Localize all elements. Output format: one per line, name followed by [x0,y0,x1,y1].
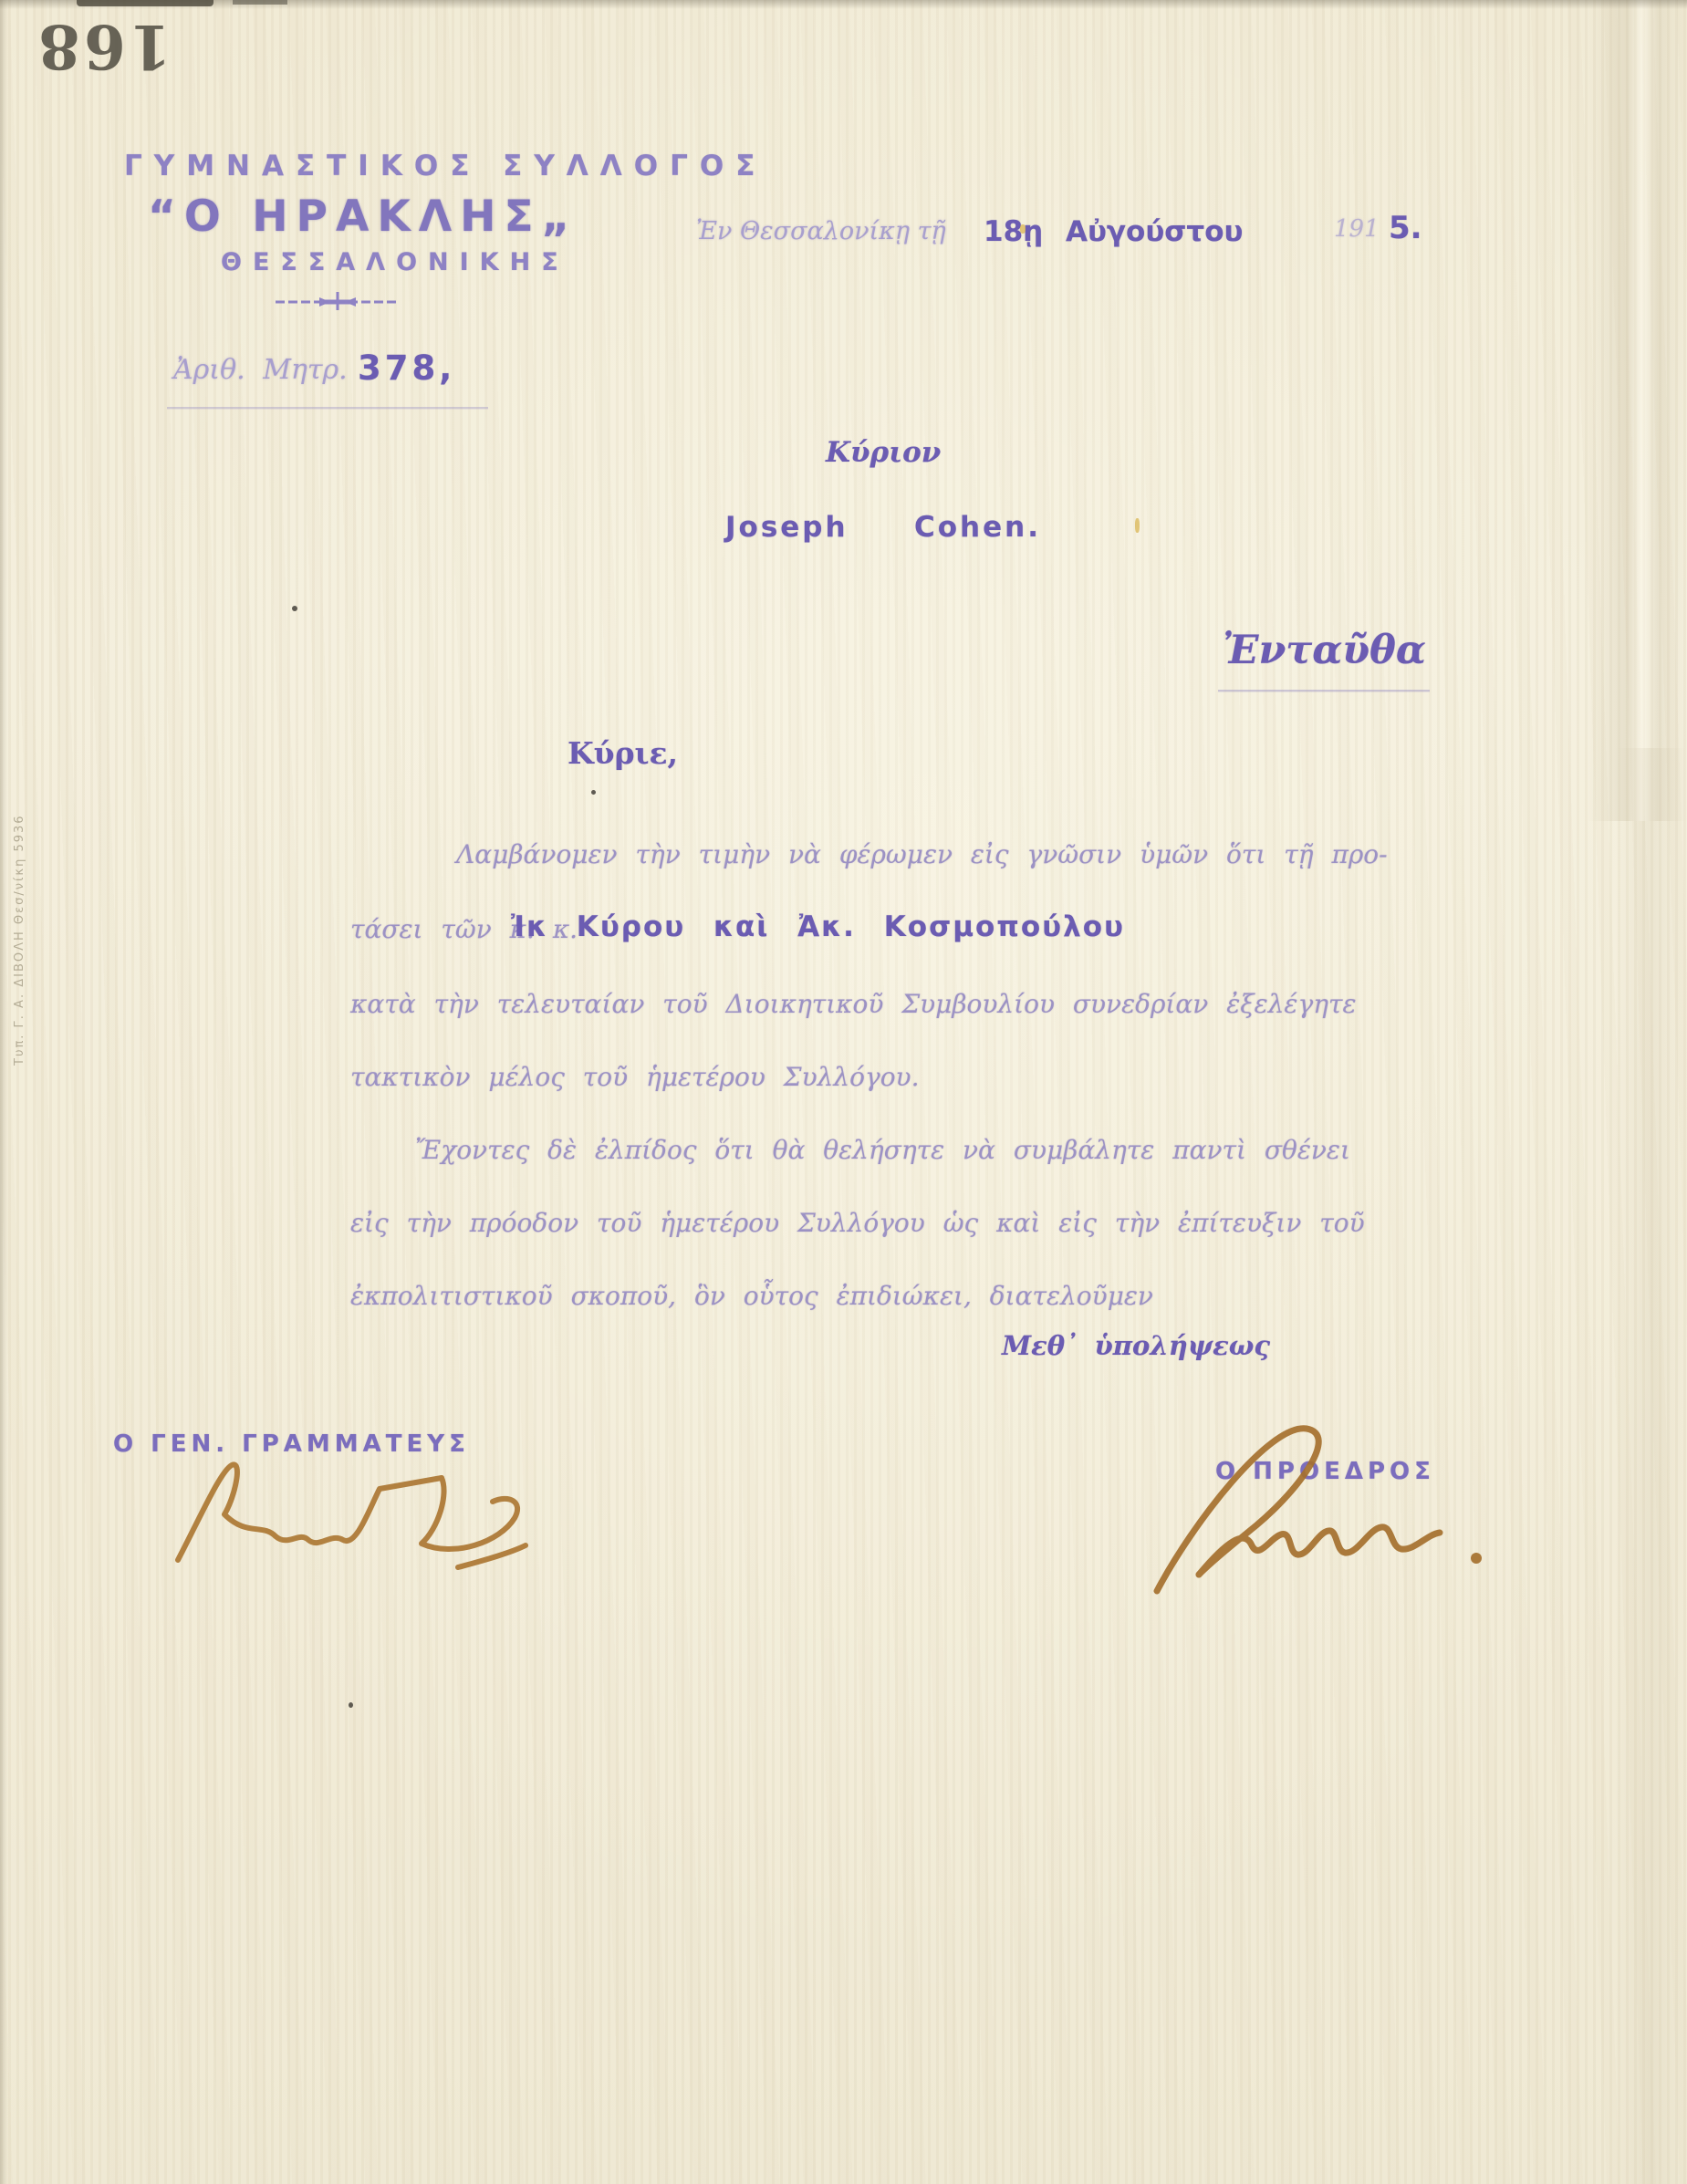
recipient-first-name: Joseph [725,511,849,544]
paper-speck [591,790,596,795]
signature-period-dot [1471,1553,1482,1564]
salutation: Κύριε, [568,735,678,771]
paper-fleck [1135,518,1140,533]
date-year-printed: 191 [1334,215,1380,243]
body-line: Λαμβάνομεν τὴν τιμὴν νὰ φέρωμεν εἰς γνῶσ… [456,839,1388,869]
paper-crease-lower [1615,748,1687,2184]
paper-speck [349,1702,353,1708]
paper-speck [292,606,297,611]
secretary-signature [164,1452,529,1576]
registry-number: 378, [358,348,455,388]
archive-page-number-stamp: 168 [35,11,172,82]
printer-imprint: Τυπ. Γ. Α. ΔΙΒΟΛΗ Θεσ/νίκη 5936 [13,814,26,1066]
date-year-typed: 5. [1389,210,1422,246]
letterhead-club-name: “Ο ΗΡΑΚΛΗΣ„ [148,192,578,242]
recipient-title: Κύριον [826,436,941,469]
body-line: Ἔχοντες δὲ ἐλπίδος ὅτι θὰ θελήσητε νὰ συ… [415,1135,1350,1165]
president-signature [1142,1405,1535,1601]
paper-tear-mark [77,0,213,6]
letter-page: 168 ΓΥΜΝΑΣΤΙΚΟΣ ΣΥΛΛΟΓΟΣ “Ο ΗΡΑΚΛΗΣ„ ΘΕΣ… [0,0,1687,2184]
paper-left-edge [0,0,7,2184]
letterhead-org-line: ΓΥΜΝΑΣΤΙΚΟΣ ΣΥΛΛΟΓΟΣ [124,150,766,182]
paper-tear-mark [233,0,287,5]
body-line: κατὰ τὴν τελευταίαν τοῦ Διοικητικοῦ Συμβ… [350,989,1357,1019]
paper-crease [1588,0,1687,821]
registry-underline [167,407,488,409]
paper-fleck [1020,224,1026,234]
letterhead-ornament-icon [274,290,401,312]
location-underline [1218,690,1430,692]
date-place-printed: Ἐν Θεσσαλονίκῃ τῇ [696,217,946,245]
body-line: τακτικὸν μέλος τοῦ ἡμετέρου Συλλόγου. [350,1062,919,1092]
closing-phrase: Μεθ᾽ ὑπολήψεως [1002,1330,1270,1361]
recipient-location: Ἐνταῦθα [1223,628,1426,673]
elected-members-names: Ἰκ Κύρου καὶ Ἀκ. Κοσμοπούλου [511,910,1125,943]
letterhead-city: ΘΕΣΣΑΛΟΝΙΚΗΣ [221,248,569,276]
body-line: εἰς τὴν πρόοδον τοῦ ἡμετέρου Συλλόγου ὡς… [350,1208,1365,1238]
registry-label: Ἀριθ. Μητρ. [173,354,348,386]
recipient-last-name: Cohen. [914,511,1041,544]
body-line: ἐκπολιτιστικοῦ σκοποῦ, ὃν οὗτος ἐπιδιώκε… [350,1281,1153,1311]
